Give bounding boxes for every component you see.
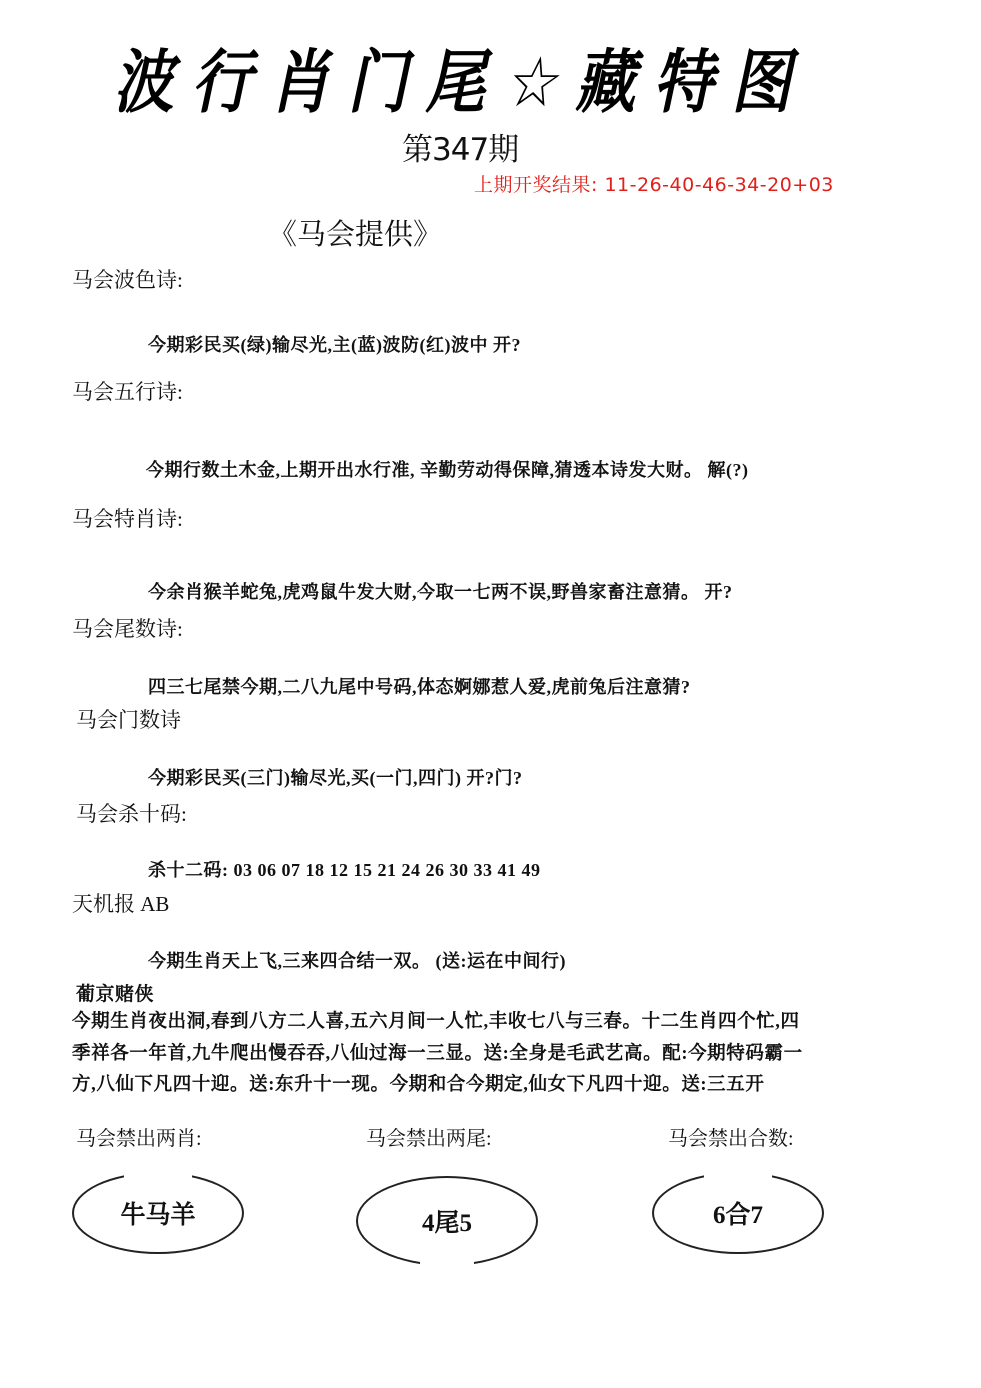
ban-oval-zodiac: 牛马羊 xyxy=(72,1172,244,1254)
poem-five-elements: 今期行数土木金,上期开出水行准, 辛勤劳动得保障,猜透本诗发大财。 解(?) xyxy=(146,456,749,482)
poem-tianji-report: 今期生肖天上飞,三来四合结一双。 (送:运在中间行) xyxy=(148,947,566,973)
ban-label-tail: 马会禁出两尾: xyxy=(366,1122,492,1151)
poem-door-number: 今期彩民买(三门)输尽光,买(一门,四门) 开?门? xyxy=(148,764,522,790)
provider-title: 《马会提供》 xyxy=(268,212,442,253)
ban-oval-tail: 4尾5 xyxy=(356,1176,538,1266)
puji-paragraph: 今期生肖夜出洞,春到八方二人喜,五六月间一人忙,丰收七八与三春。十二生肖四个忙,… xyxy=(72,1007,912,1102)
ban-oval-combination: 6合7 xyxy=(652,1172,824,1254)
puji-line: 季祥各一年首,九牛爬出慢吞吞,八仙过海一三显。送:全身是毛武艺高。配:今期特码霸… xyxy=(72,1039,912,1071)
section-label-wave-color: 马会波色诗: xyxy=(72,264,183,294)
last-result: 上期开奖结果: 11-26-40-46-34-20+03 xyxy=(474,170,834,197)
poem-tail-number: 四三七尾禁今期,二八九尾中号码,体态婀娜惹人爱,虎前兔后注意猜? xyxy=(148,673,691,699)
section-label-kill-numbers: 马会杀十码: xyxy=(76,798,187,828)
ban-value-zodiac: 牛马羊 xyxy=(120,1195,195,1231)
ban-value-tail: 4尾5 xyxy=(422,1203,472,1239)
last-result-label: 上期开奖结果: xyxy=(474,174,598,196)
ban-value-combination: 6合7 xyxy=(713,1195,763,1231)
section-label-tail-number: 马会尾数诗: xyxy=(72,613,183,643)
ban-label-zodiac: 马会禁出两肖: xyxy=(76,1122,202,1151)
ban-label-combination: 马会禁出合数: xyxy=(668,1122,794,1151)
section-label-puji: 葡京赌侠 xyxy=(76,979,154,1006)
oval-gap xyxy=(420,1259,473,1267)
issue-number: 第347期 xyxy=(402,124,518,169)
puji-line: 方,八仙下凡四十迎。送:东升十一现。今期和合今期定,仙女下凡四十迎。送:三五开 xyxy=(72,1070,912,1102)
banner-title: 波行肖门尾☆藏特图 xyxy=(109,28,826,127)
poem-special-zodiac: 今余肖猴羊蛇兔,虎鸡鼠牛发大财,今取一七两不误,野兽家畜注意猜。 开? xyxy=(148,578,733,604)
section-label-door-number: 马会门数诗 xyxy=(76,704,181,734)
section-label-five-elements: 马会五行诗: xyxy=(72,376,183,406)
puji-line: 今期生肖夜出洞,春到八方二人喜,五六月间一人忙,丰收七八与三春。十二生肖四个忙,… xyxy=(72,1007,912,1039)
oval-gap xyxy=(124,1171,191,1179)
section-label-special-zodiac: 马会特肖诗: xyxy=(72,503,183,533)
poem-wave-color: 今期彩民买(绿)输尽光,主(蓝)波防(红)波中 开? xyxy=(148,331,521,357)
last-result-numbers: 11-26-40-46-34-20+03 xyxy=(604,174,833,196)
section-label-tianji-report: 天机报 AB xyxy=(72,888,169,918)
kill-numbers-list: 杀十二码: 03 06 07 18 12 15 21 24 26 30 33 4… xyxy=(148,856,541,882)
oval-gap xyxy=(704,1171,771,1179)
